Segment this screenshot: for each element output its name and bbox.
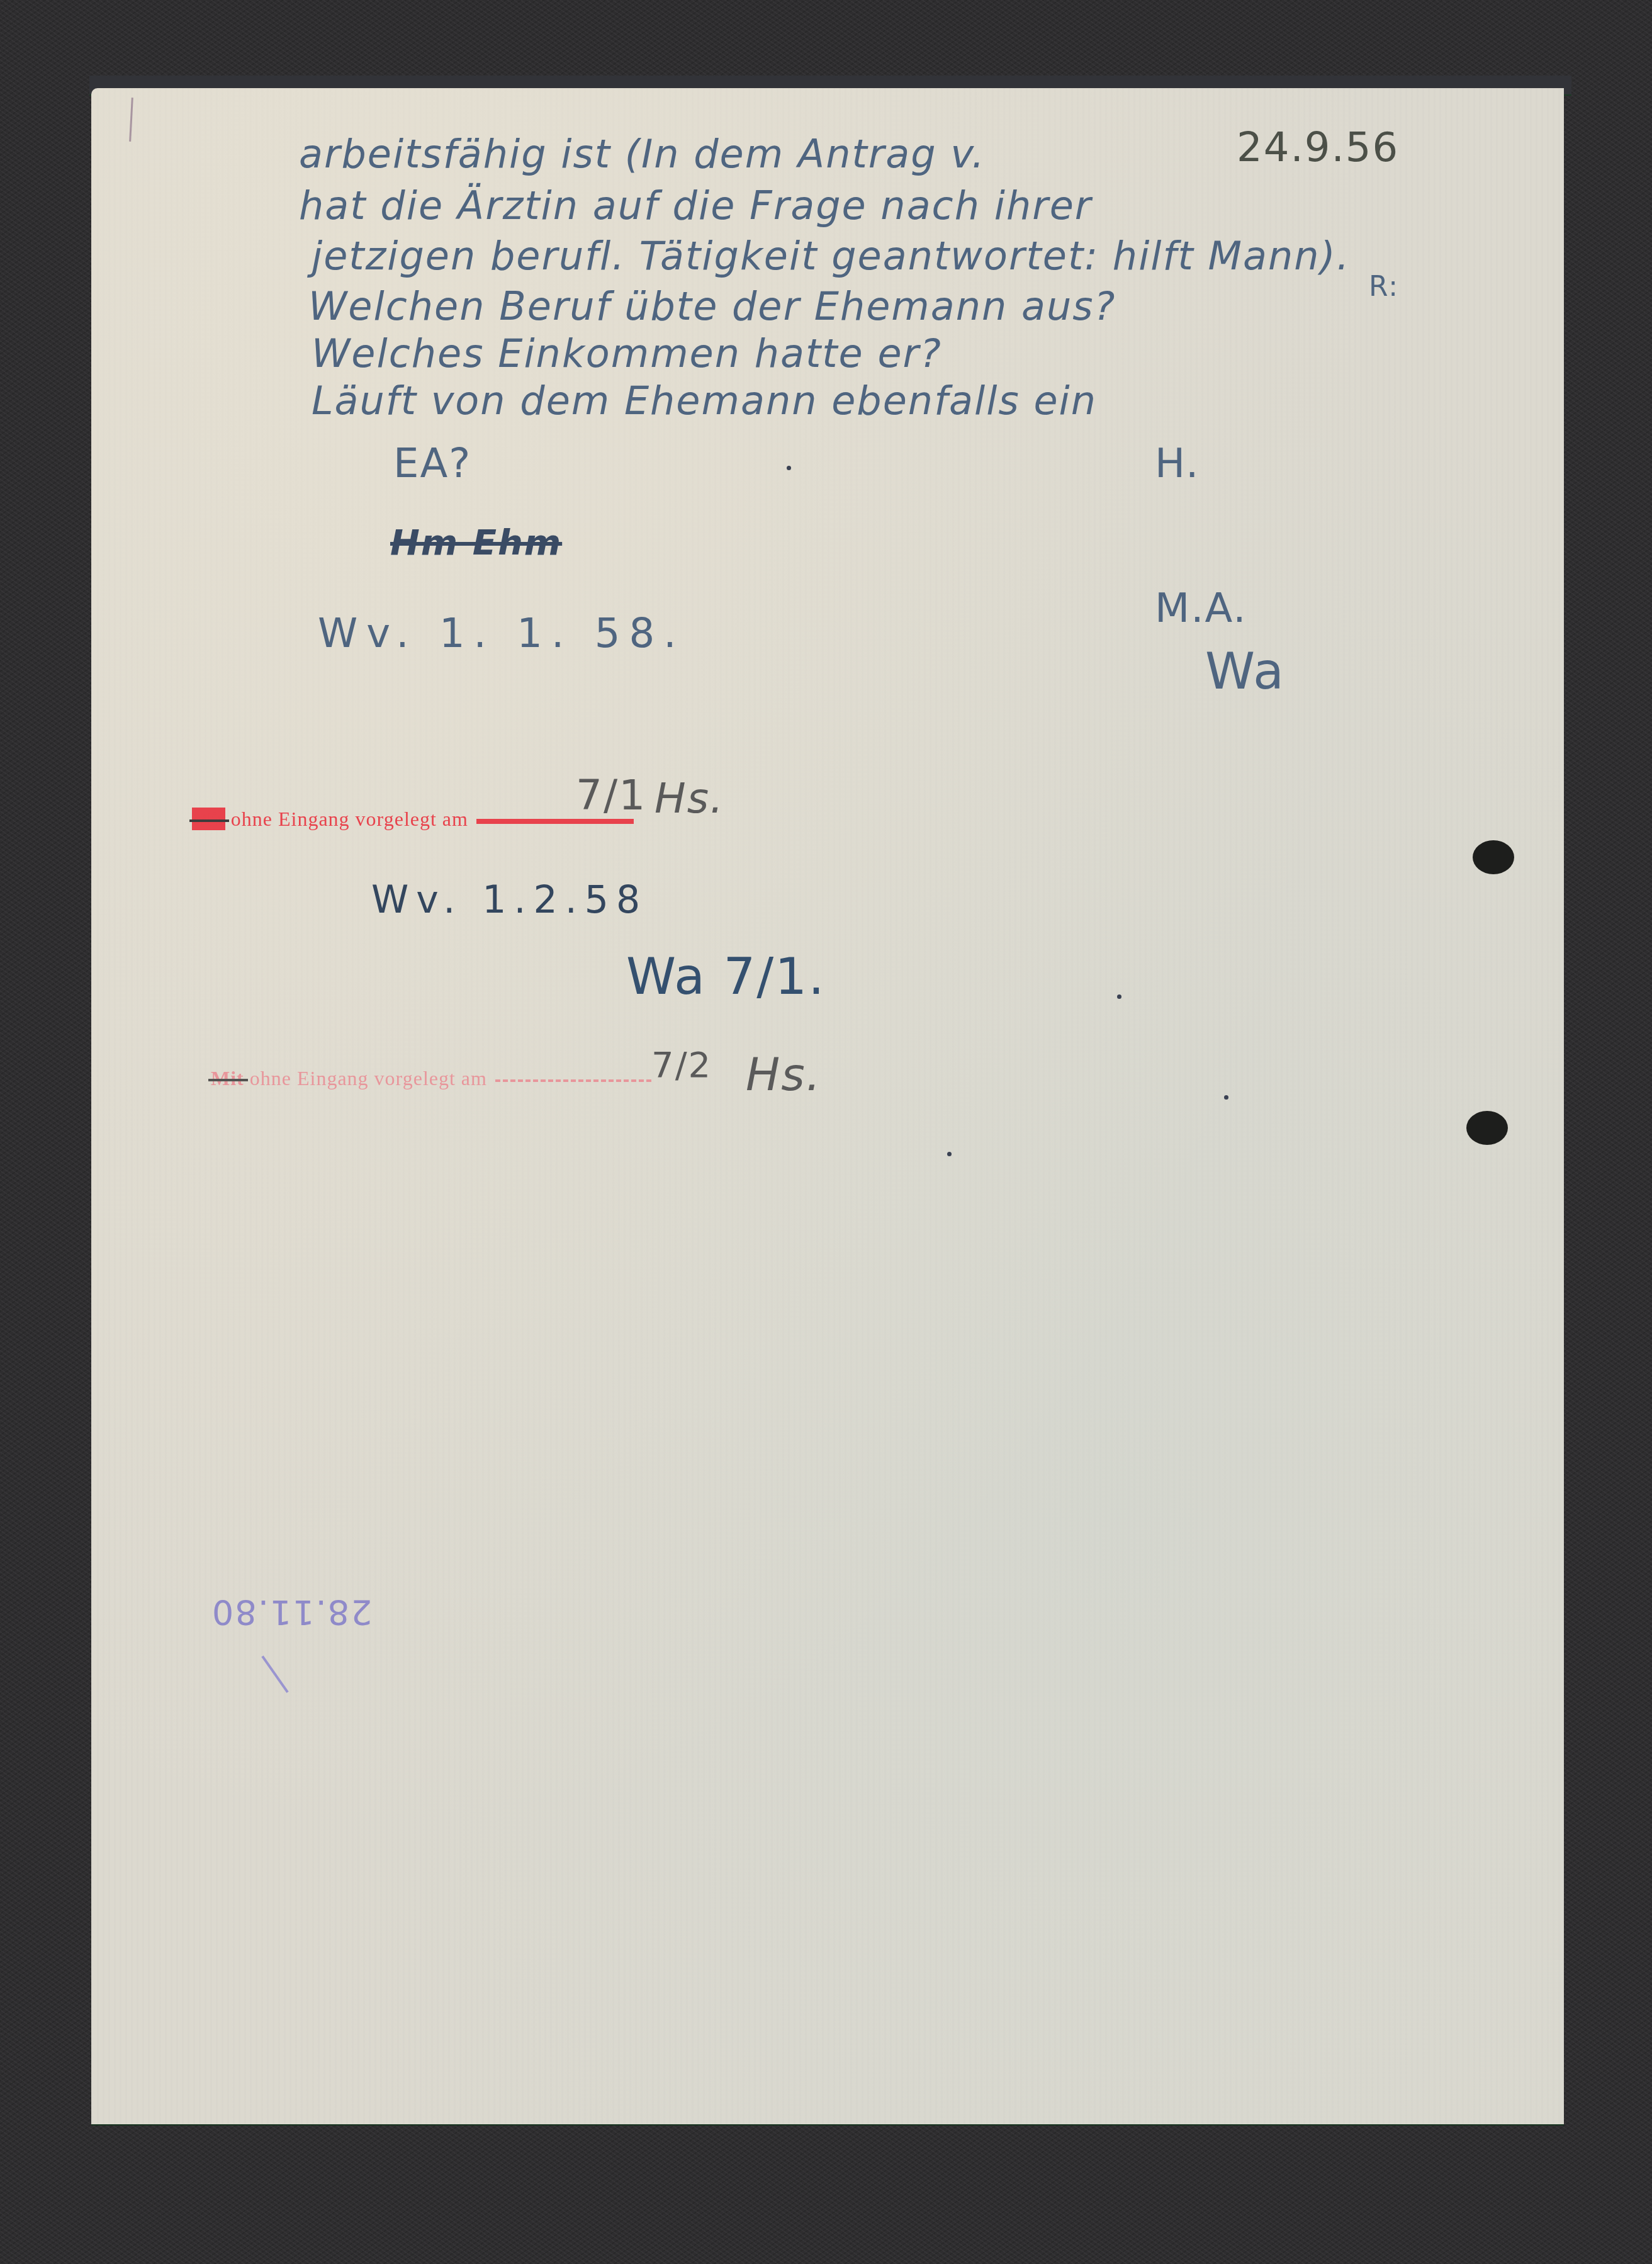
note-line-1: arbeitsfähig ist (In dem Antrag v. bbox=[299, 131, 986, 177]
note-line-5: Welches Einkommen hatte er? bbox=[312, 330, 942, 376]
stamp-2-date: 7/2 bbox=[651, 1045, 712, 1086]
ink-dot bbox=[1224, 1095, 1228, 1100]
document-page: arbeitsfähig ist (In dem Antrag v. 24.9.… bbox=[91, 88, 1564, 2124]
initial-h: H. bbox=[1155, 441, 1200, 487]
note-margin-mark: R: bbox=[1369, 271, 1399, 303]
note-date-reference: 24.9.56 bbox=[1237, 125, 1399, 171]
violet-slash-mark bbox=[261, 1655, 288, 1693]
stamp-underline bbox=[495, 1079, 653, 1082]
initials-ma: M.A. bbox=[1155, 585, 1247, 632]
note-line-7: EA? bbox=[393, 441, 471, 487]
stamp-text: ohne Eingang vorgelegt am bbox=[231, 808, 468, 830]
stamp-2-initial: Hs. bbox=[746, 1048, 822, 1101]
stamp-1-initial: Hs. bbox=[655, 774, 724, 823]
note-line-4: Welchen Beruf übte der Ehemann aus? bbox=[308, 283, 1116, 329]
red-stamp-1: Mit ohne Eingang vorgelegt am bbox=[192, 808, 634, 831]
punch-hole-upper bbox=[1473, 840, 1514, 874]
initials-wa: Wa bbox=[1205, 642, 1285, 701]
note-line-2: hat die Ärztin auf die Frage nach ihrer bbox=[299, 183, 1092, 228]
ink-dot bbox=[1117, 994, 1121, 999]
punch-hole-lower bbox=[1466, 1111, 1508, 1145]
note-line-6: Läuft von dem Ehemann ebenfalls ein bbox=[312, 378, 1097, 424]
red-stamp-2: Mit ohne Eingang vorgelegt am bbox=[211, 1067, 653, 1090]
stamp-struck-prefix: Mit bbox=[211, 1067, 244, 1090]
stamp-1-date: 7/1 bbox=[576, 771, 646, 819]
ink-dot bbox=[787, 466, 791, 470]
margin-pencil-mark bbox=[129, 98, 133, 142]
note-line-3: jetzigen berufl. Tätigkeit geantwortet: … bbox=[312, 233, 1350, 279]
stamp-text: ohne Eingang vorgelegt am bbox=[250, 1067, 487, 1090]
violet-upside-down-note: 28.11.80 bbox=[211, 1592, 372, 1632]
resubmission-date-2: Wv. 1.2.58 bbox=[371, 878, 648, 922]
stamp-struck-prefix: Mit bbox=[192, 808, 225, 830]
crossed-out-text: Hm Ehm bbox=[390, 522, 562, 563]
resubmission-date-1: Wv. 1. 1. 58. bbox=[318, 611, 685, 657]
initials-wa-dated: Wa 7/1. bbox=[626, 947, 826, 1006]
ink-dot bbox=[947, 1152, 952, 1156]
